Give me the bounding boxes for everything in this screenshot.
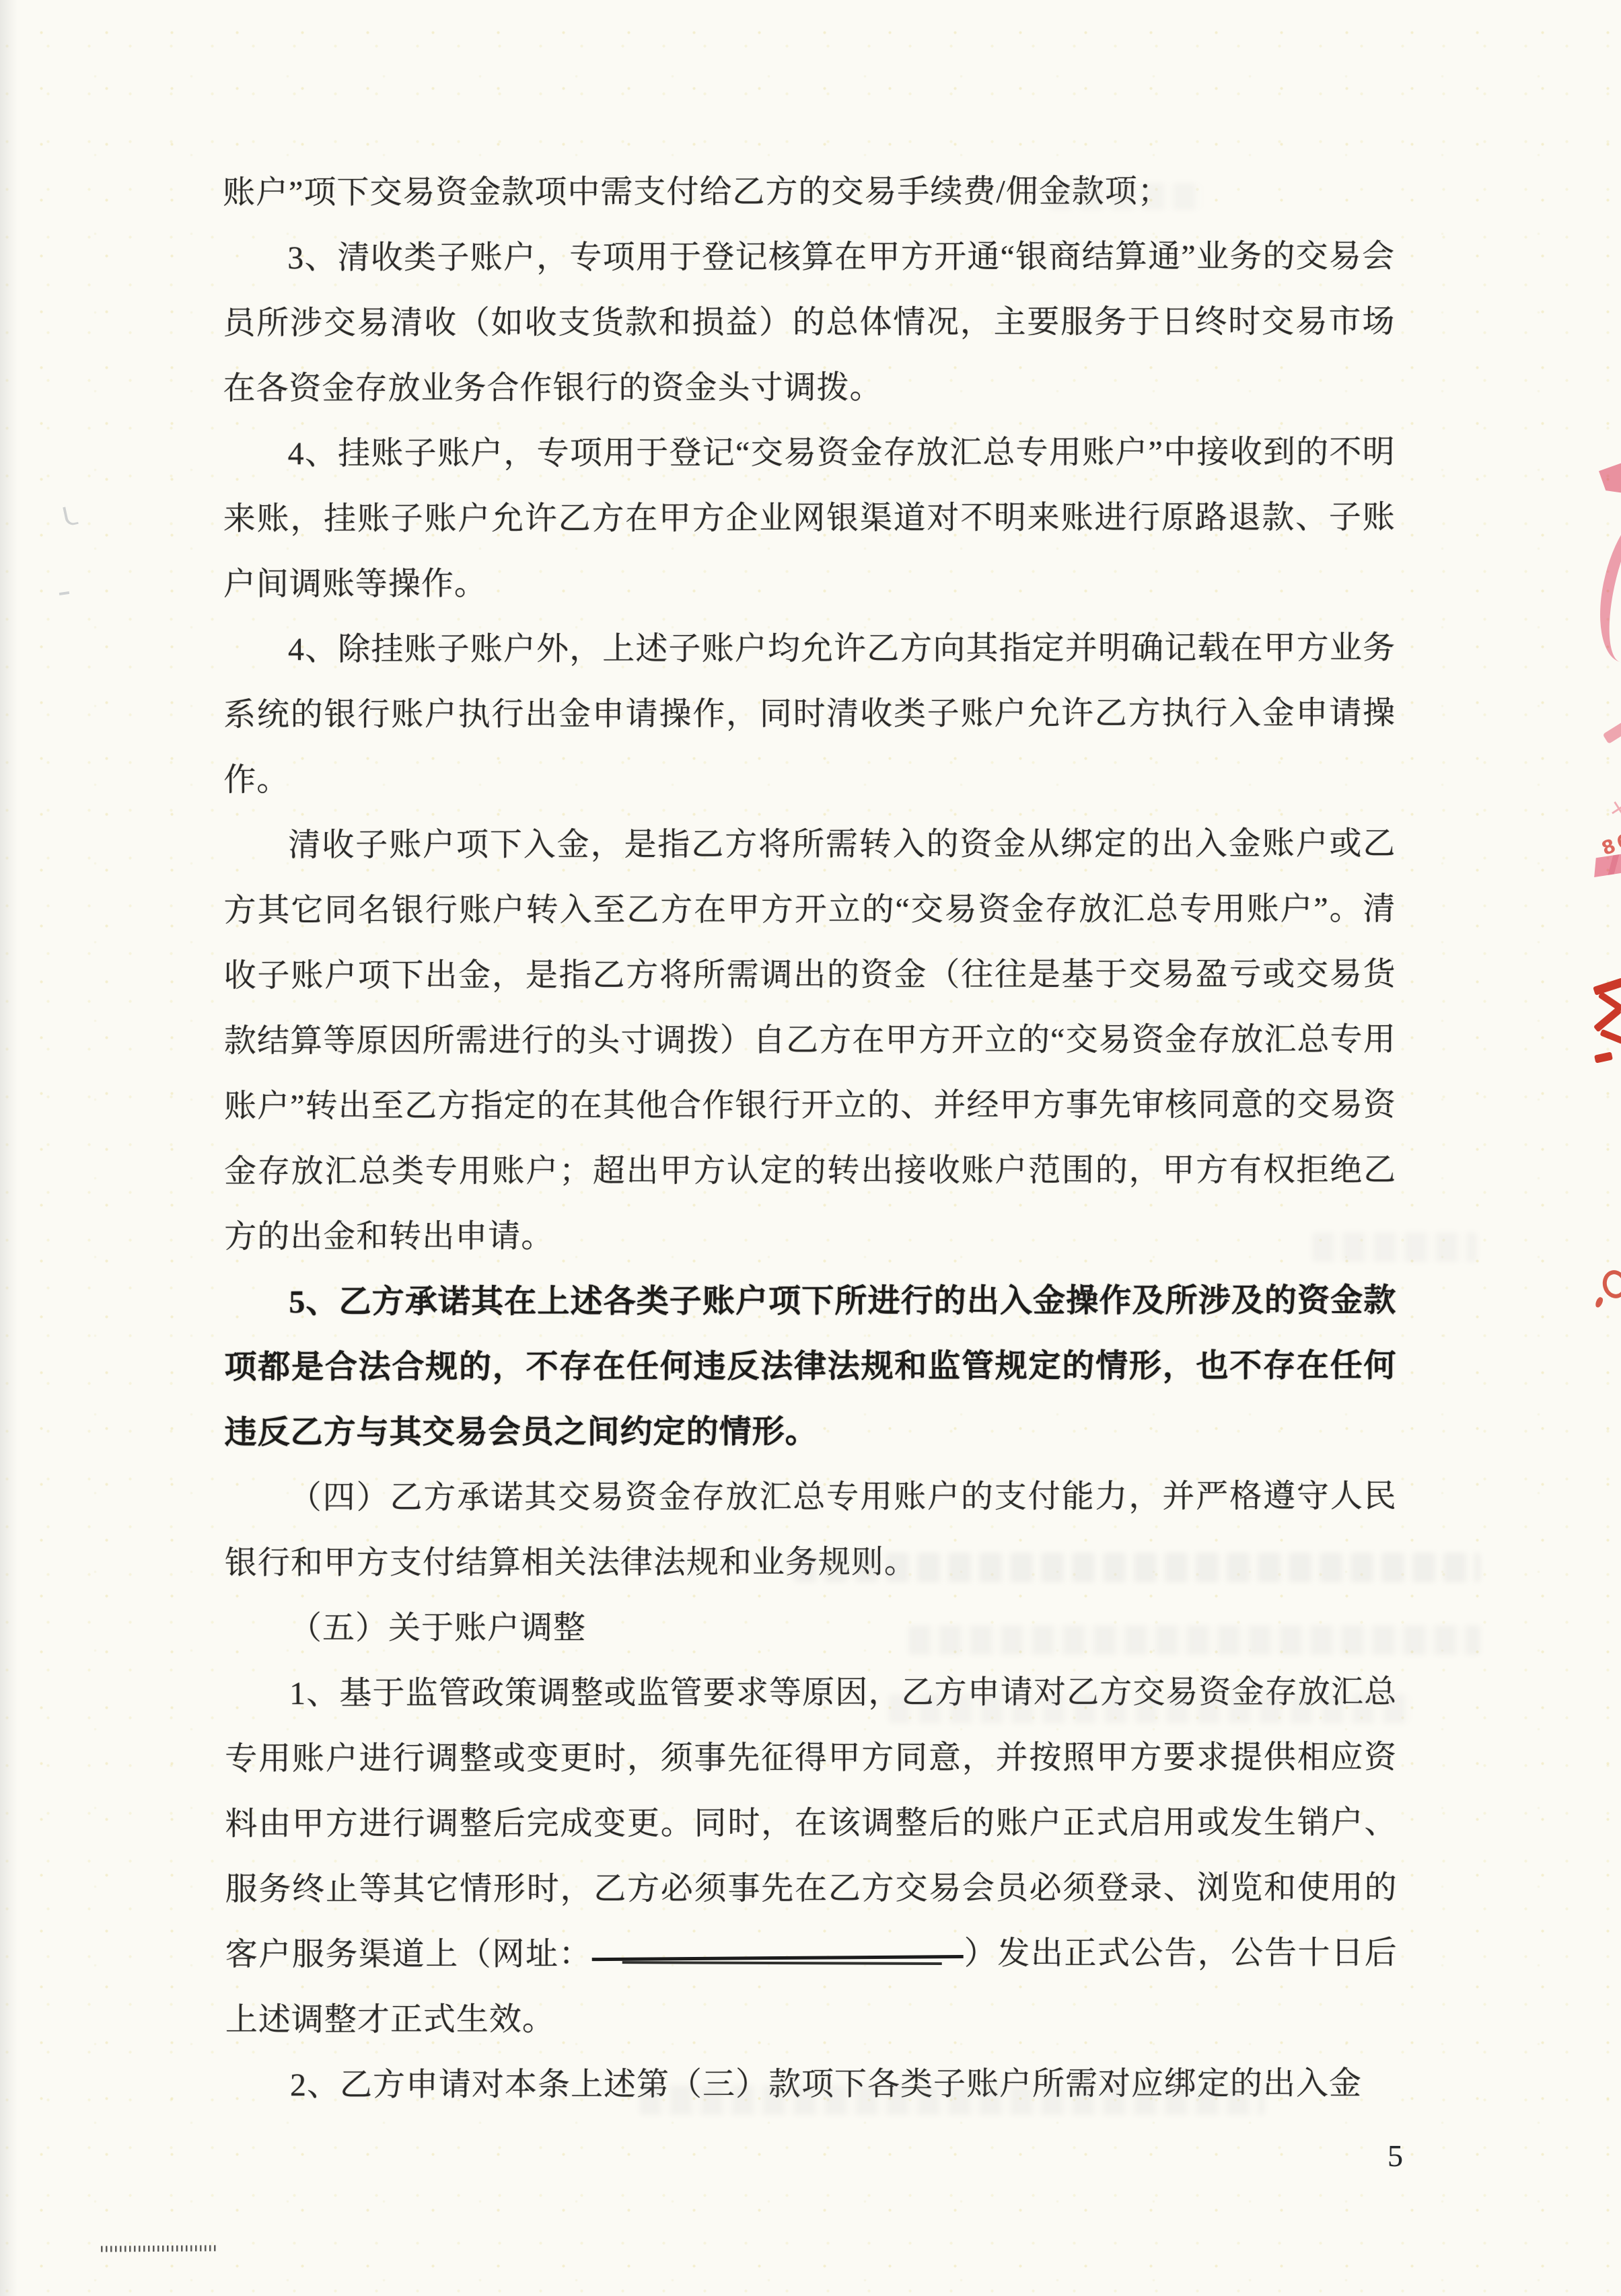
bleed-through-artifact (1050, 183, 1204, 210)
scanned-contract-page: 账户”项下交易资金款项中需支付给乙方的交易手续费/佣金款项；3、清收类子账户，专… (0, 0, 1621, 2296)
paragraph-text: 5、乙方承诺其在上述各类子账户项下所进行的出入金操作及所涉及的资金款项都是合法合… (224, 1283, 1396, 1450)
red-stamp-fragment-arc (1586, 497, 1621, 671)
scan-edge-shadow (0, 0, 17, 2296)
red-stamp-fragment-wedge (1598, 461, 1621, 498)
red-stamp-fragment-circle (1599, 1267, 1621, 1300)
bleed-through-artifact (1312, 1232, 1477, 1262)
red-stamp-fragment-cross: × (1607, 793, 1621, 823)
paragraph-text: 4、除挂账子账户外，上述子账户均允许乙方向其指定并明确记载在甲方业务系统的银行账… (223, 630, 1396, 798)
paragraph-text: 账户”项下交易资金款项中需支付给乙方的交易手续费/佣金款项； (223, 174, 1171, 211)
page-number: 5 (1388, 2138, 1403, 2174)
scan-artifact-dash (59, 591, 69, 595)
contract-paragraph: 3、清收类子账户，专项用于登记核算在甲方开通“银商结算通”业务的交易会员所涉交易… (223, 224, 1395, 421)
bleed-through-artifact (908, 1625, 1480, 1655)
bleed-through-artifact (639, 2085, 1265, 2115)
red-stamp-fragment-bar (1594, 854, 1621, 877)
contract-paragraph: 5、乙方承诺其在上述各类子账户项下所进行的出入金操作及所涉及的资金款项都是合法合… (224, 1268, 1396, 1465)
bleed-through-artifact (888, 1694, 1413, 1724)
contract-paragraph: 账户”项下交易资金款项中需支付给乙方的交易手续费/佣金款项； (223, 159, 1395, 225)
paragraph-text: 清收子账户项下入金，是指乙方将所需转入的资金从绑定的出入金账户或乙方其它同名银行… (223, 826, 1396, 1255)
red-stamp-fragment-slash (1603, 715, 1621, 744)
bleed-through-artifact (794, 1553, 1480, 1582)
paragraph-text: 3、清收类子账户，专项用于登记核算在甲方开通“银商结算通”业务的交易会员所涉交易… (223, 239, 1395, 406)
red-stamp-fragment-dot (1594, 1296, 1604, 1308)
paragraph-text: 4、挂账子账户，专项用于登记“交易资金存放汇总专用账户”中接收到的不明来账，挂账… (223, 435, 1396, 602)
contract-paragraph: 4、挂账子账户，专项用于登记“交易资金存放汇总专用账户”中接收到的不明来账，挂账… (223, 420, 1396, 617)
paragraph-text: （五）关于账户调整 (289, 1610, 586, 1646)
red-stamp-fragment-scribble (1591, 981, 1621, 1075)
contract-paragraph: 清收子账户项下入金，是指乙方将所需转入的资金从绑定的出入金账户或乙方其它同名银行… (223, 811, 1396, 1269)
blank-underline-field (592, 1943, 964, 1966)
scan-artifact-dotted-line (101, 2245, 217, 2252)
contract-body: 账户”项下交易资金款项中需支付给乙方的交易手续费/佣金款项；3、清收类子账户，专… (223, 159, 1398, 2118)
scan-artifact-squiggle (63, 505, 79, 526)
contract-paragraph: 4、除挂账子账户外，上述子账户均允许乙方向其指定并明确记载在甲方业务系统的银行账… (223, 616, 1396, 813)
